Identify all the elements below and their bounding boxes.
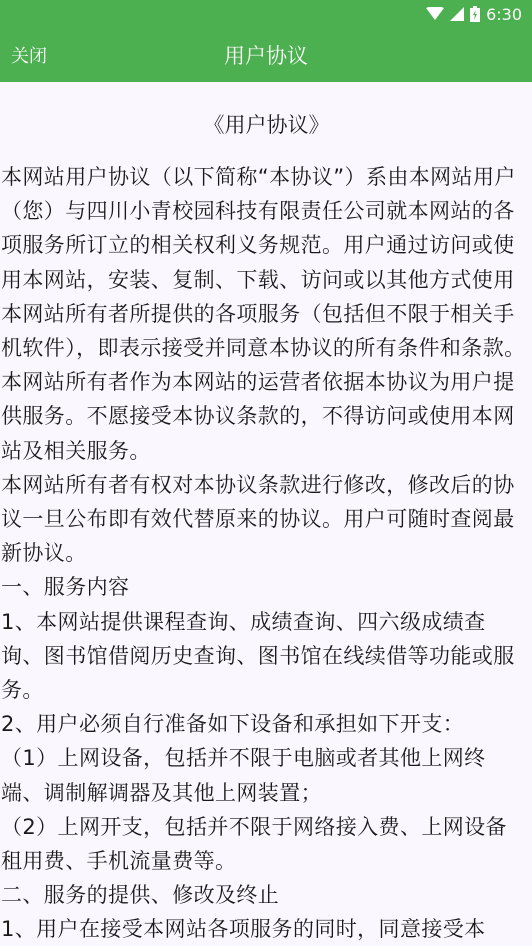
close-button[interactable]: 关闭 — [11, 42, 47, 68]
paragraph: 2、用户必须自行准备如下设备和承担如下开支： — [1, 707, 532, 741]
paragraph: （2）上网开支，包括并不限于网络接入费、上网设备租用费、手机流量费等。 — [1, 810, 532, 878]
cell-signal-icon — [450, 7, 464, 21]
paragraph: 1、本网站提供课程查询、成绩查询、四六级成绩查询、图书馆借阅历史查询、图书馆在线… — [1, 605, 532, 708]
paragraph: 本网站所有者有权对本协议条款进行修改，修改后的协议一旦公布即有效代替原来的协议。… — [1, 468, 532, 571]
section-heading: 二、服务的提供、修改及终止 — [1, 878, 532, 912]
page-title: 用户协议 — [0, 40, 532, 70]
document-title: 《用户协议》 — [1, 110, 532, 140]
paragraph: （1）上网设备，包括并不限于电脑或者其他上网终端、调制解调器及其他上网装置； — [1, 741, 532, 809]
section-heading: 一、服务内容 — [1, 570, 532, 604]
agreement-content[interactable]: 《用户协议》 本网站用户协议（以下简称“本协议”）系由本网站用户（您）与四川小青… — [0, 110, 532, 946]
status-bar: 6:30 — [0, 0, 532, 28]
paragraph: 本网站用户协议（以下简称“本协议”）系由本网站用户（您）与四川小青校园科技有限责… — [1, 160, 532, 468]
wifi-icon — [426, 7, 444, 21]
paragraph: 1、用户在接受本网站各项服务的同时，同意接受本 — [1, 912, 532, 946]
battery-charging-icon — [470, 6, 480, 22]
toolbar: 关闭 用户协议 — [0, 28, 532, 82]
status-time: 6:30 — [486, 5, 522, 24]
